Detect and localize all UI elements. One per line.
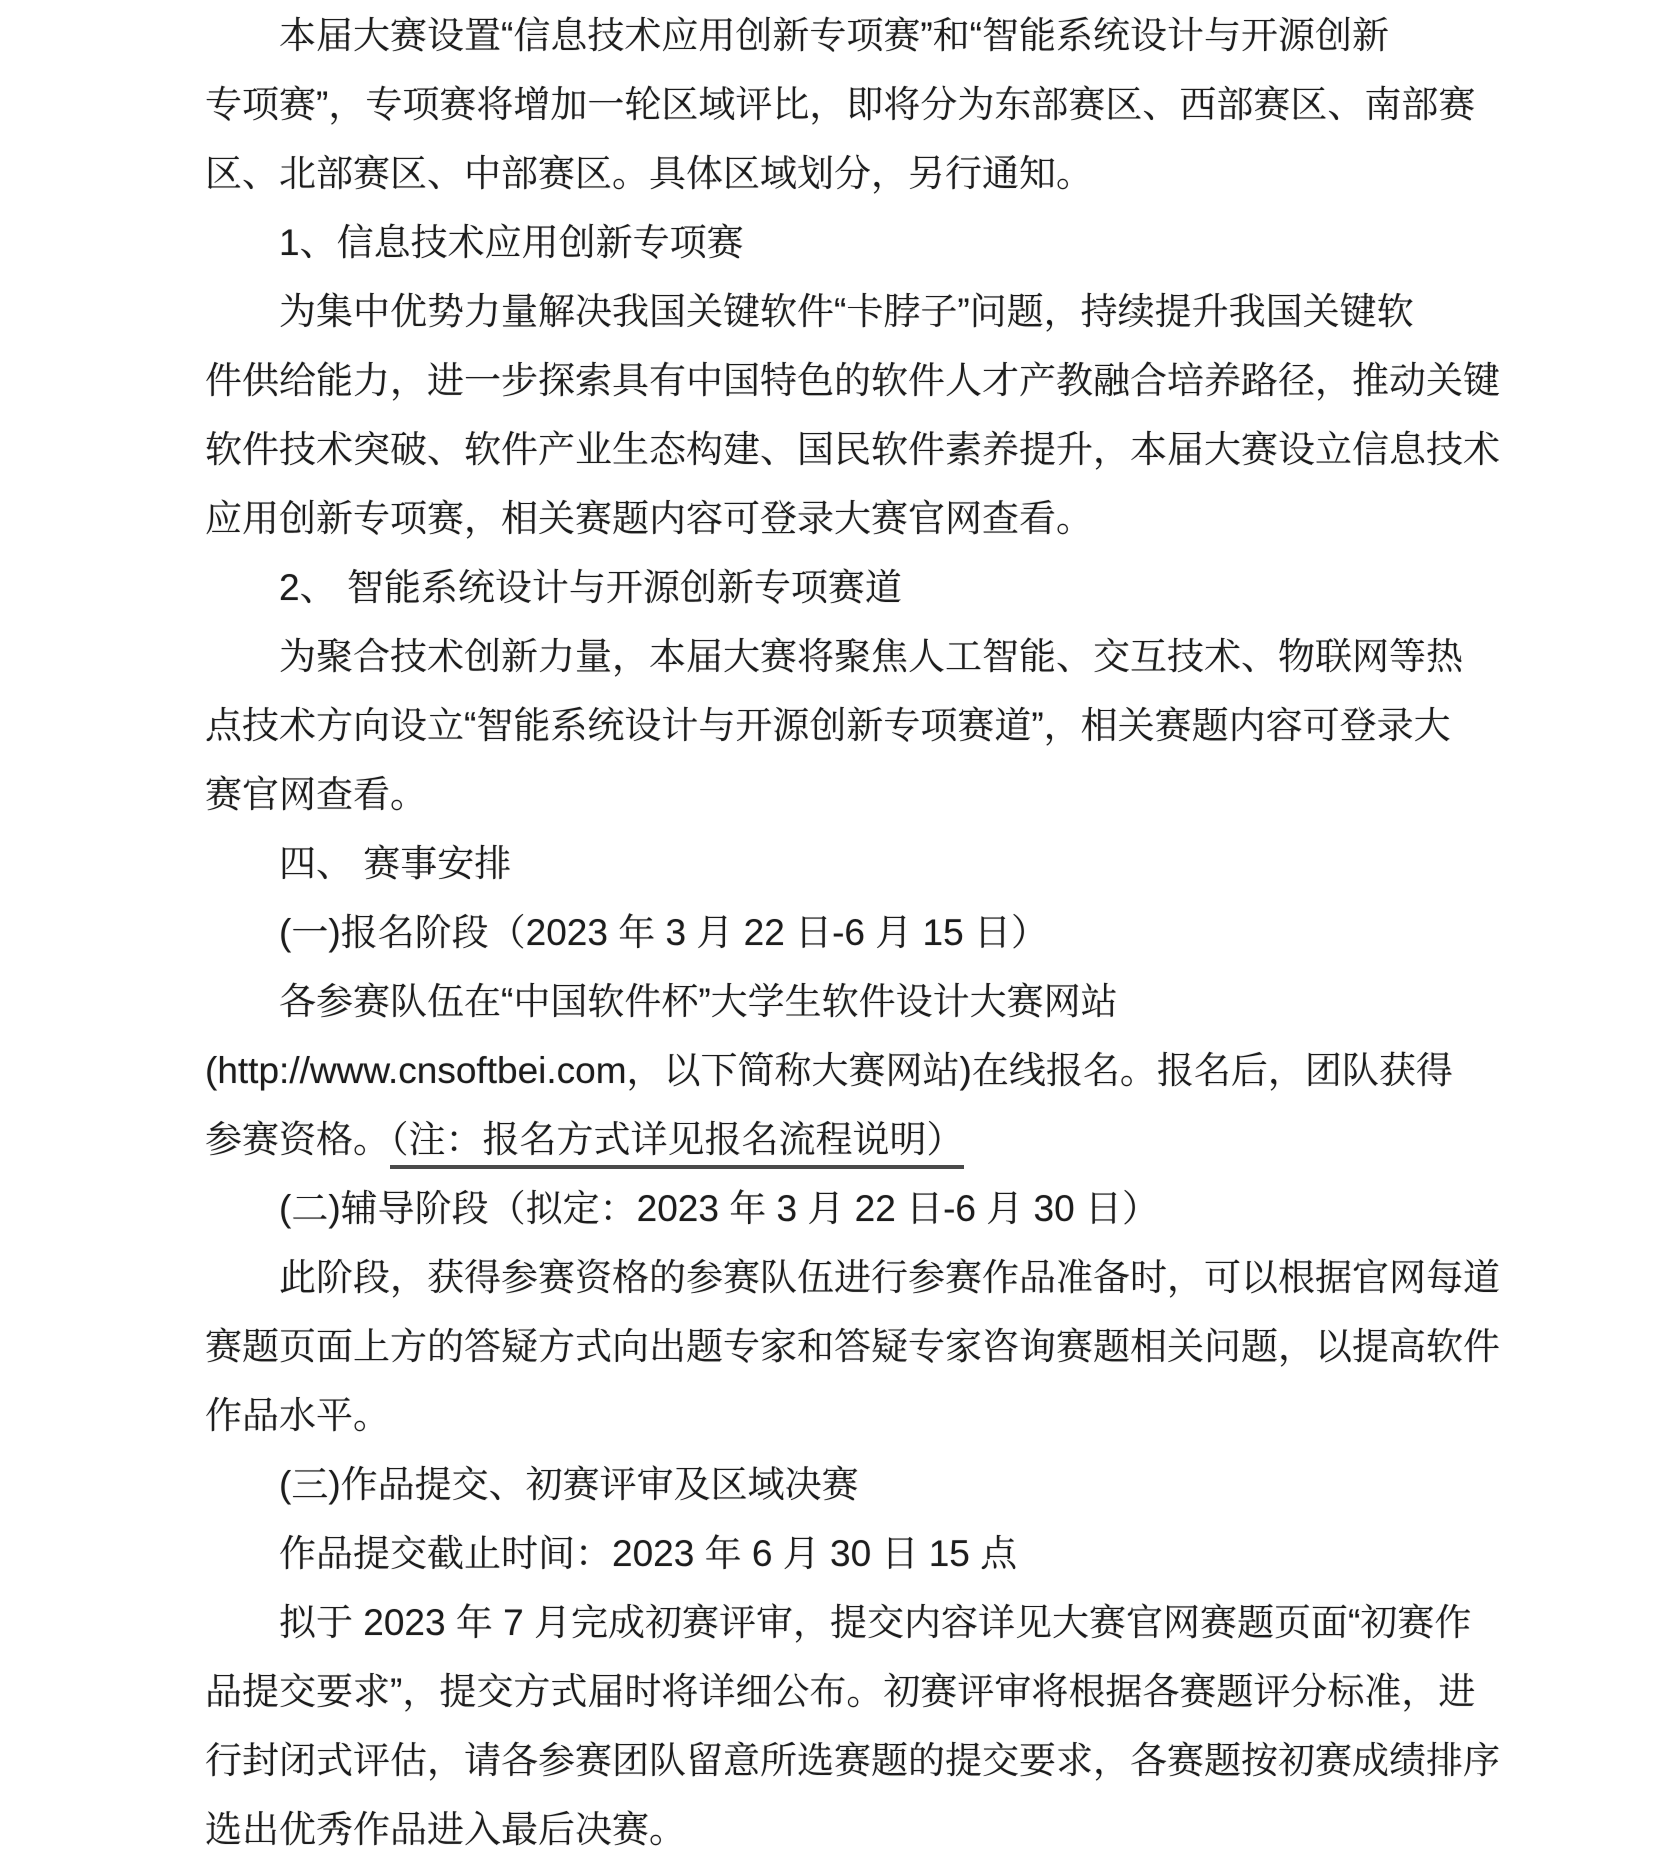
text-segment: 参赛资格。 (205, 1119, 390, 1160)
text-line: 作品提交截止时间：2023 年 6 月 30 日 15 点 (205, 1519, 1455, 1588)
text-segment: 区、北部赛区、中部赛区。具体区域划分，另行通知。 (205, 153, 1093, 194)
text-line: 各参赛队伍在“中国软件杯”大学生软件设计大赛网站 (205, 967, 1455, 1036)
text-segment: 赛官网查看。 (205, 774, 427, 815)
text-segment: 应用创新专项赛，相关赛题内容可登录大赛官网查看。 (205, 498, 1093, 539)
text-segment: 赛题页面上方的答疑方式向出题专家和答疑专家咨询赛题相关问题，以提高软件 (205, 1326, 1500, 1367)
text-segment: (http://www.cnsoftbei.com，以下简称大赛网站)在线报名。… (205, 1050, 1453, 1091)
text-line: 选出优秀作品进入最后决赛。 (205, 1795, 1455, 1860)
text-segment: 1、信息技术应用创新专项赛 (279, 222, 744, 263)
underlined-note: （注：报名方式详见报名流程说明） (390, 1119, 964, 1169)
text-segment: 作品水平。 (205, 1395, 390, 1436)
text-segment: 此阶段，获得参赛资格的参赛队伍进行参赛作品准备时，可以根据官网每道 (279, 1257, 1500, 1298)
text-segment: 各参赛队伍在“中国软件杯”大学生软件设计大赛网站 (279, 981, 1118, 1022)
document-body: 本届大赛设置“信息技术应用创新专项赛”和“智能系统设计与开源创新专项赛”，专项赛… (205, 1, 1455, 1860)
text-line: 2、 智能系统设计与开源创新专项赛道 (205, 553, 1455, 622)
text-line: 赛题页面上方的答疑方式向出题专家和答疑专家咨询赛题相关问题，以提高软件 (205, 1312, 1455, 1381)
text-segment: 为集中优势力量解决我国关键软件“卡脖子”问题，持续提升我国关键软 (279, 291, 1414, 332)
text-line: (三)作品提交、初赛评审及区域决赛 (205, 1450, 1455, 1519)
text-line: 参赛资格。（注：报名方式详见报名流程说明） (205, 1105, 1455, 1174)
text-segment: 专项赛”，专项赛将增加一轮区域评比，即将分为东部赛区、西部赛区、南部赛 (205, 84, 1475, 125)
text-line: 点技术方向设立“智能系统设计与开源创新专项赛道”，相关赛题内容可登录大 (205, 691, 1455, 760)
text-line: 作品水平。 (205, 1381, 1455, 1450)
text-line: 品提交要求”，提交方式届时将详细公布。初赛评审将根据各赛题评分标准，进 (205, 1657, 1455, 1726)
text-line: (二)辅导阶段（拟定：2023 年 3 月 22 日-6 月 30 日） (205, 1174, 1455, 1243)
text-line: (一)报名阶段（2023 年 3 月 22 日-6 月 15 日） (205, 898, 1455, 967)
text-line: 区、北部赛区、中部赛区。具体区域划分，另行通知。 (205, 139, 1455, 208)
text-segment: 作品提交截止时间：2023 年 6 月 30 日 15 点 (279, 1533, 1017, 1574)
text-segment: 点技术方向设立“智能系统设计与开源创新专项赛道”，相关赛题内容可登录大 (205, 705, 1451, 746)
text-line: 行封闭式评估，请各参赛团队留意所选赛题的提交要求，各赛题按初赛成绩排序 (205, 1726, 1455, 1795)
text-line: 此阶段，获得参赛资格的参赛队伍进行参赛作品准备时，可以根据官网每道 (205, 1243, 1455, 1312)
text-line: 专项赛”，专项赛将增加一轮区域评比，即将分为东部赛区、西部赛区、南部赛 (205, 70, 1455, 139)
document-page: 本届大赛设置“信息技术应用创新专项赛”和“智能系统设计与开源创新专项赛”，专项赛… (0, 0, 1653, 1860)
text-segment: (一)报名阶段（2023 年 3 月 22 日-6 月 15 日） (279, 912, 1048, 953)
text-segment: (三)作品提交、初赛评审及区域决赛 (279, 1464, 859, 1505)
text-segment: 2、 智能系统设计与开源创新专项赛道 (279, 567, 902, 608)
text-line: 本届大赛设置“信息技术应用创新专项赛”和“智能系统设计与开源创新 (205, 1, 1455, 70)
text-segment: 本届大赛设置“信息技术应用创新专项赛”和“智能系统设计与开源创新 (279, 15, 1389, 56)
text-line: 为聚合技术创新力量，本届大赛将聚焦人工智能、交互技术、物联网等热 (205, 622, 1455, 691)
text-line: (http://www.cnsoftbei.com，以下简称大赛网站)在线报名。… (205, 1036, 1455, 1105)
text-segment: 选出优秀作品进入最后决赛。 (205, 1809, 686, 1850)
text-line: 拟于 2023 年 7 月完成初赛评审，提交内容详见大赛官网赛题页面“初赛作 (205, 1588, 1455, 1657)
text-line: 四、 赛事安排 (205, 829, 1455, 898)
text-segment: 拟于 2023 年 7 月完成初赛评审，提交内容详见大赛官网赛题页面“初赛作 (279, 1602, 1471, 1643)
text-segment: 行封闭式评估，请各参赛团队留意所选赛题的提交要求，各赛题按初赛成绩排序 (205, 1740, 1500, 1781)
text-line: 软件技术突破、软件产业生态构建、国民软件素养提升，本届大赛设立信息技术 (205, 415, 1455, 484)
text-line: 赛官网查看。 (205, 760, 1455, 829)
text-line: 应用创新专项赛，相关赛题内容可登录大赛官网查看。 (205, 484, 1455, 553)
text-segment: (二)辅导阶段（拟定：2023 年 3 月 22 日-6 月 30 日） (279, 1188, 1159, 1229)
text-line: 1、信息技术应用创新专项赛 (205, 208, 1455, 277)
text-segment: 软件技术突破、软件产业生态构建、国民软件素养提升，本届大赛设立信息技术 (205, 429, 1500, 470)
text-line: 件供给能力，进一步探索具有中国特色的软件人才产教融合培养路径，推动关键 (205, 346, 1455, 415)
text-segment: 品提交要求”，提交方式届时将详细公布。初赛评审将根据各赛题评分标准，进 (205, 1671, 1475, 1712)
text-segment: 件供给能力，进一步探索具有中国特色的软件人才产教融合培养路径，推动关键 (205, 360, 1500, 401)
text-segment: 为聚合技术创新力量，本届大赛将聚焦人工智能、交互技术、物联网等热 (279, 636, 1463, 677)
text-line: 为集中优势力量解决我国关键软件“卡脖子”问题，持续提升我国关键软 (205, 277, 1455, 346)
text-segment: 四、 赛事安排 (279, 843, 511, 884)
